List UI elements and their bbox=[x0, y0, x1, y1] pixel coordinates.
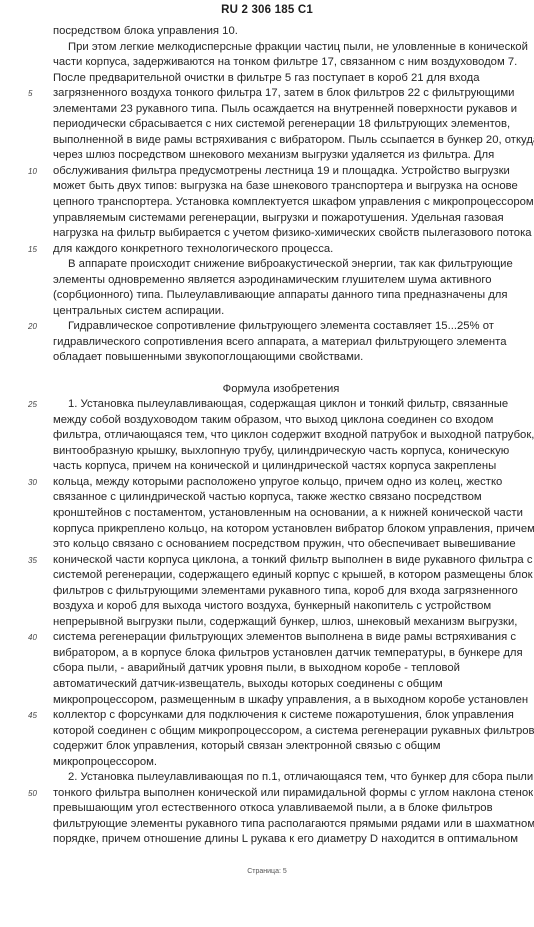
text-line: 50тонкого фильтра выполнен конической ил… bbox=[0, 786, 534, 802]
line-text: содержит блок управления, который связан… bbox=[53, 739, 509, 755]
line-text: конической части корпуса циклона, а тонк… bbox=[53, 553, 509, 569]
line-number: 30 bbox=[28, 475, 44, 491]
document-body: посредством блока управления 10.При этом… bbox=[0, 24, 534, 848]
line-text: микропроцессором, размещенным в шкафу уп… bbox=[53, 693, 509, 709]
line-text: нагрузка на фильтр выбирается с учетом ф… bbox=[53, 226, 509, 242]
line-text: цепного транспортера. Установка комплект… bbox=[53, 195, 509, 211]
text-line: 2. Установка пылеулавливающая по п.1, от… bbox=[0, 770, 534, 786]
line-text: После предварительной очистки в фильтре … bbox=[53, 71, 509, 87]
text-line: через шлюз посредством шнекового механиз… bbox=[0, 148, 534, 164]
text-line: это кольцо связано с основанием посредст… bbox=[0, 537, 534, 553]
line-number: 5 bbox=[28, 86, 44, 102]
line-text: винтообразную крышку, выхлопную трубу, ц… bbox=[53, 444, 509, 460]
line-text: кронштейнов с постаментом, установленным… bbox=[53, 506, 509, 522]
line-text: центральных систем аспирации. bbox=[53, 304, 509, 320]
line-text: тонкого фильтра выполнен конической или … bbox=[53, 786, 509, 802]
line-text: системой регенерации, содержащего единый… bbox=[53, 568, 509, 584]
line-number: 10 bbox=[28, 164, 44, 180]
text-line: непрерывной выгрузки пыли, содержащий бу… bbox=[0, 615, 534, 631]
text-line: микропроцессором, размещенным в шкафу уп… bbox=[0, 693, 534, 709]
line-text: порядке, причем отношение длины L рукава… bbox=[53, 832, 509, 848]
line-text: часть корпуса, причем на конической и ци… bbox=[53, 459, 509, 475]
line-text: сбора пыли, - аварийный датчик уровня пы… bbox=[53, 661, 509, 677]
line-text: периодически сбрасывается с них системой… bbox=[53, 117, 509, 133]
text-line: 30кольца, между которыми расположено упр… bbox=[0, 475, 534, 491]
text-line: системой регенерации, содержащего единый… bbox=[0, 568, 534, 584]
text-line: фильтра, отличающаяся тем, что циклон со… bbox=[0, 428, 534, 444]
line-number: 25 bbox=[28, 397, 44, 413]
text-line: 40система регенерации фильтрующих элемен… bbox=[0, 630, 534, 646]
text-line: (сорбционного) типа. Пылеулавливающие ап… bbox=[0, 288, 534, 304]
text-line: нагрузка на фильтр выбирается с учетом ф… bbox=[0, 226, 534, 242]
line-text: через шлюз посредством шнекового механиз… bbox=[53, 148, 509, 164]
line-text: связанное с цилиндрической частью корпус… bbox=[53, 490, 509, 506]
line-text: Формула изобретения bbox=[53, 382, 509, 398]
text-line: порядке, причем отношение длины L рукава… bbox=[0, 832, 534, 848]
text-line: 20Гидравлическое сопротивление фильтрующ… bbox=[0, 319, 534, 335]
line-text: выполненной в виде рамы встряхивания с в… bbox=[53, 133, 509, 149]
line-number: 15 bbox=[28, 242, 44, 258]
text-line: воздуха и короб для выхода чистого возду… bbox=[0, 599, 534, 615]
line-text: гидравлического сопротивления всего аппа… bbox=[53, 335, 509, 351]
line-text: (сорбционного) типа. Пылеулавливающие ап… bbox=[53, 288, 509, 304]
text-line: между собой воздуховодом таким образом, … bbox=[0, 413, 534, 429]
page-number-footer: Страница: 5 bbox=[0, 868, 534, 875]
line-text: Гидравлическое сопротивление фильтрующег… bbox=[68, 319, 509, 335]
text-line: 35конической части корпуса циклона, а то… bbox=[0, 553, 534, 569]
line-text: обслуживания фильтра предусмотрены лестн… bbox=[53, 164, 509, 180]
text-line: управляемым системами регенерации, выгру… bbox=[0, 211, 534, 227]
text-line: корпуса прикреплено кольцо, на котором у… bbox=[0, 522, 534, 538]
text-line bbox=[0, 366, 534, 382]
line-text: воздуха и короб для выхода чистого возду… bbox=[53, 599, 509, 615]
line-text: 2. Установка пылеулавливающая по п.1, от… bbox=[68, 770, 509, 786]
line-text: элементы одновременно является аэродинам… bbox=[53, 273, 509, 289]
text-line: которой соединен с общим микропроцессоро… bbox=[0, 724, 534, 740]
patent-number-header: RU 2 306 185 C1 bbox=[0, 4, 534, 16]
line-text: загрязненного воздуха тонкого фильтра 17… bbox=[53, 86, 509, 102]
line-text: непрерывной выгрузки пыли, содержащий бу… bbox=[53, 615, 509, 631]
text-line: 15для каждого конкретного технологическо… bbox=[0, 242, 534, 258]
line-text: это кольцо связано с основанием посредст… bbox=[53, 537, 509, 553]
text-line: При этом легкие мелкодисперсные фракции … bbox=[0, 40, 534, 56]
line-text: превышающим угол естественного откоса ул… bbox=[53, 801, 509, 817]
text-line: кронштейнов с постаментом, установленным… bbox=[0, 506, 534, 522]
line-text: посредством блока управления 10. bbox=[53, 24, 509, 40]
line-text: элементами 23 рукавного типа. Пыль осажд… bbox=[53, 102, 509, 118]
line-number: 40 bbox=[28, 630, 44, 646]
text-line: микропроцессором. bbox=[0, 755, 534, 771]
line-text: для каждого конкретного технологического… bbox=[53, 242, 509, 258]
line-text: которой соединен с общим микропроцессоро… bbox=[53, 724, 509, 740]
text-line: периодически сбрасывается с них системой… bbox=[0, 117, 534, 133]
text-line: выполненной в виде рамы встряхивания с в… bbox=[0, 133, 534, 149]
section-heading: Формула изобретения bbox=[0, 382, 534, 398]
text-line: фильтрующие элементы рукавного типа расп… bbox=[0, 817, 534, 833]
text-line: 10обслуживания фильтра предусмотрены лес… bbox=[0, 164, 534, 180]
line-text: автоматический датчик-извещатель, выходы… bbox=[53, 677, 509, 693]
text-line: В аппарате происходит снижение виброакус… bbox=[0, 257, 534, 273]
line-number: 50 bbox=[28, 786, 44, 802]
line-text: части корпуса, задерживаются на тонком ф… bbox=[53, 55, 509, 71]
text-line: автоматический датчик-извещатель, выходы… bbox=[0, 677, 534, 693]
text-line: превышающим угол естественного откоса ул… bbox=[0, 801, 534, 817]
text-line: гидравлического сопротивления всего аппа… bbox=[0, 335, 534, 351]
text-line: элементы одновременно является аэродинам… bbox=[0, 273, 534, 289]
line-text: фильтра, отличающаяся тем, что циклон со… bbox=[53, 428, 509, 444]
line-text: может быть двух типов: выгрузка на базе … bbox=[53, 179, 509, 195]
line-text: между собой воздуховодом таким образом, … bbox=[53, 413, 509, 429]
text-line: часть корпуса, причем на конической и ци… bbox=[0, 459, 534, 475]
text-line: посредством блока управления 10. bbox=[0, 24, 534, 40]
text-line: связанное с цилиндрической частью корпус… bbox=[0, 490, 534, 506]
line-text: вибратором, а в корпусе блока фильтров у… bbox=[53, 646, 509, 662]
line-text: кольца, между которыми расположено упруг… bbox=[53, 475, 509, 491]
text-line: центральных систем аспирации. bbox=[0, 304, 534, 320]
line-text: коллектор с форсунками для подключения к… bbox=[53, 708, 509, 724]
text-line: обладает повышенными звукопоглощающими с… bbox=[0, 350, 534, 366]
line-text: обладает повышенными звукопоглощающими с… bbox=[53, 350, 509, 366]
line-number: 45 bbox=[28, 708, 44, 724]
line-number: 20 bbox=[28, 319, 44, 335]
text-line: элементами 23 рукавного типа. Пыль осажд… bbox=[0, 102, 534, 118]
line-text: фильтров с фильтрующими элементами рукав… bbox=[53, 584, 509, 600]
line-number: 35 bbox=[28, 553, 44, 569]
line-text: корпуса прикреплено кольцо, на котором у… bbox=[53, 522, 509, 538]
line-text: фильтрующие элементы рукавного типа расп… bbox=[53, 817, 509, 833]
line-text: В аппарате происходит снижение виброакус… bbox=[68, 257, 509, 273]
text-line: 251. Установка пылеулавливающая, содержа… bbox=[0, 397, 534, 413]
line-text: При этом легкие мелкодисперсные фракции … bbox=[68, 40, 509, 56]
line-text: система регенерации фильтрующих элементо… bbox=[53, 630, 509, 646]
text-line: 5загрязненного воздуха тонкого фильтра 1… bbox=[0, 86, 534, 102]
text-line: содержит блок управления, который связан… bbox=[0, 739, 534, 755]
line-text: микропроцессором. bbox=[53, 755, 509, 771]
text-line: винтообразную крышку, выхлопную трубу, ц… bbox=[0, 444, 534, 460]
text-line: 45коллектор с форсунками для подключения… bbox=[0, 708, 534, 724]
line-text: управляемым системами регенерации, выгру… bbox=[53, 211, 509, 227]
text-line: сбора пыли, - аварийный датчик уровня пы… bbox=[0, 661, 534, 677]
text-line: фильтров с фильтрующими элементами рукав… bbox=[0, 584, 534, 600]
text-line: части корпуса, задерживаются на тонком ф… bbox=[0, 55, 534, 71]
text-line: вибратором, а в корпусе блока фильтров у… bbox=[0, 646, 534, 662]
line-text: 1. Установка пылеулавливающая, содержаща… bbox=[68, 397, 509, 413]
text-line: цепного транспортера. Установка комплект… bbox=[0, 195, 534, 211]
text-line: может быть двух типов: выгрузка на базе … bbox=[0, 179, 534, 195]
text-line: После предварительной очистки в фильтре … bbox=[0, 71, 534, 87]
